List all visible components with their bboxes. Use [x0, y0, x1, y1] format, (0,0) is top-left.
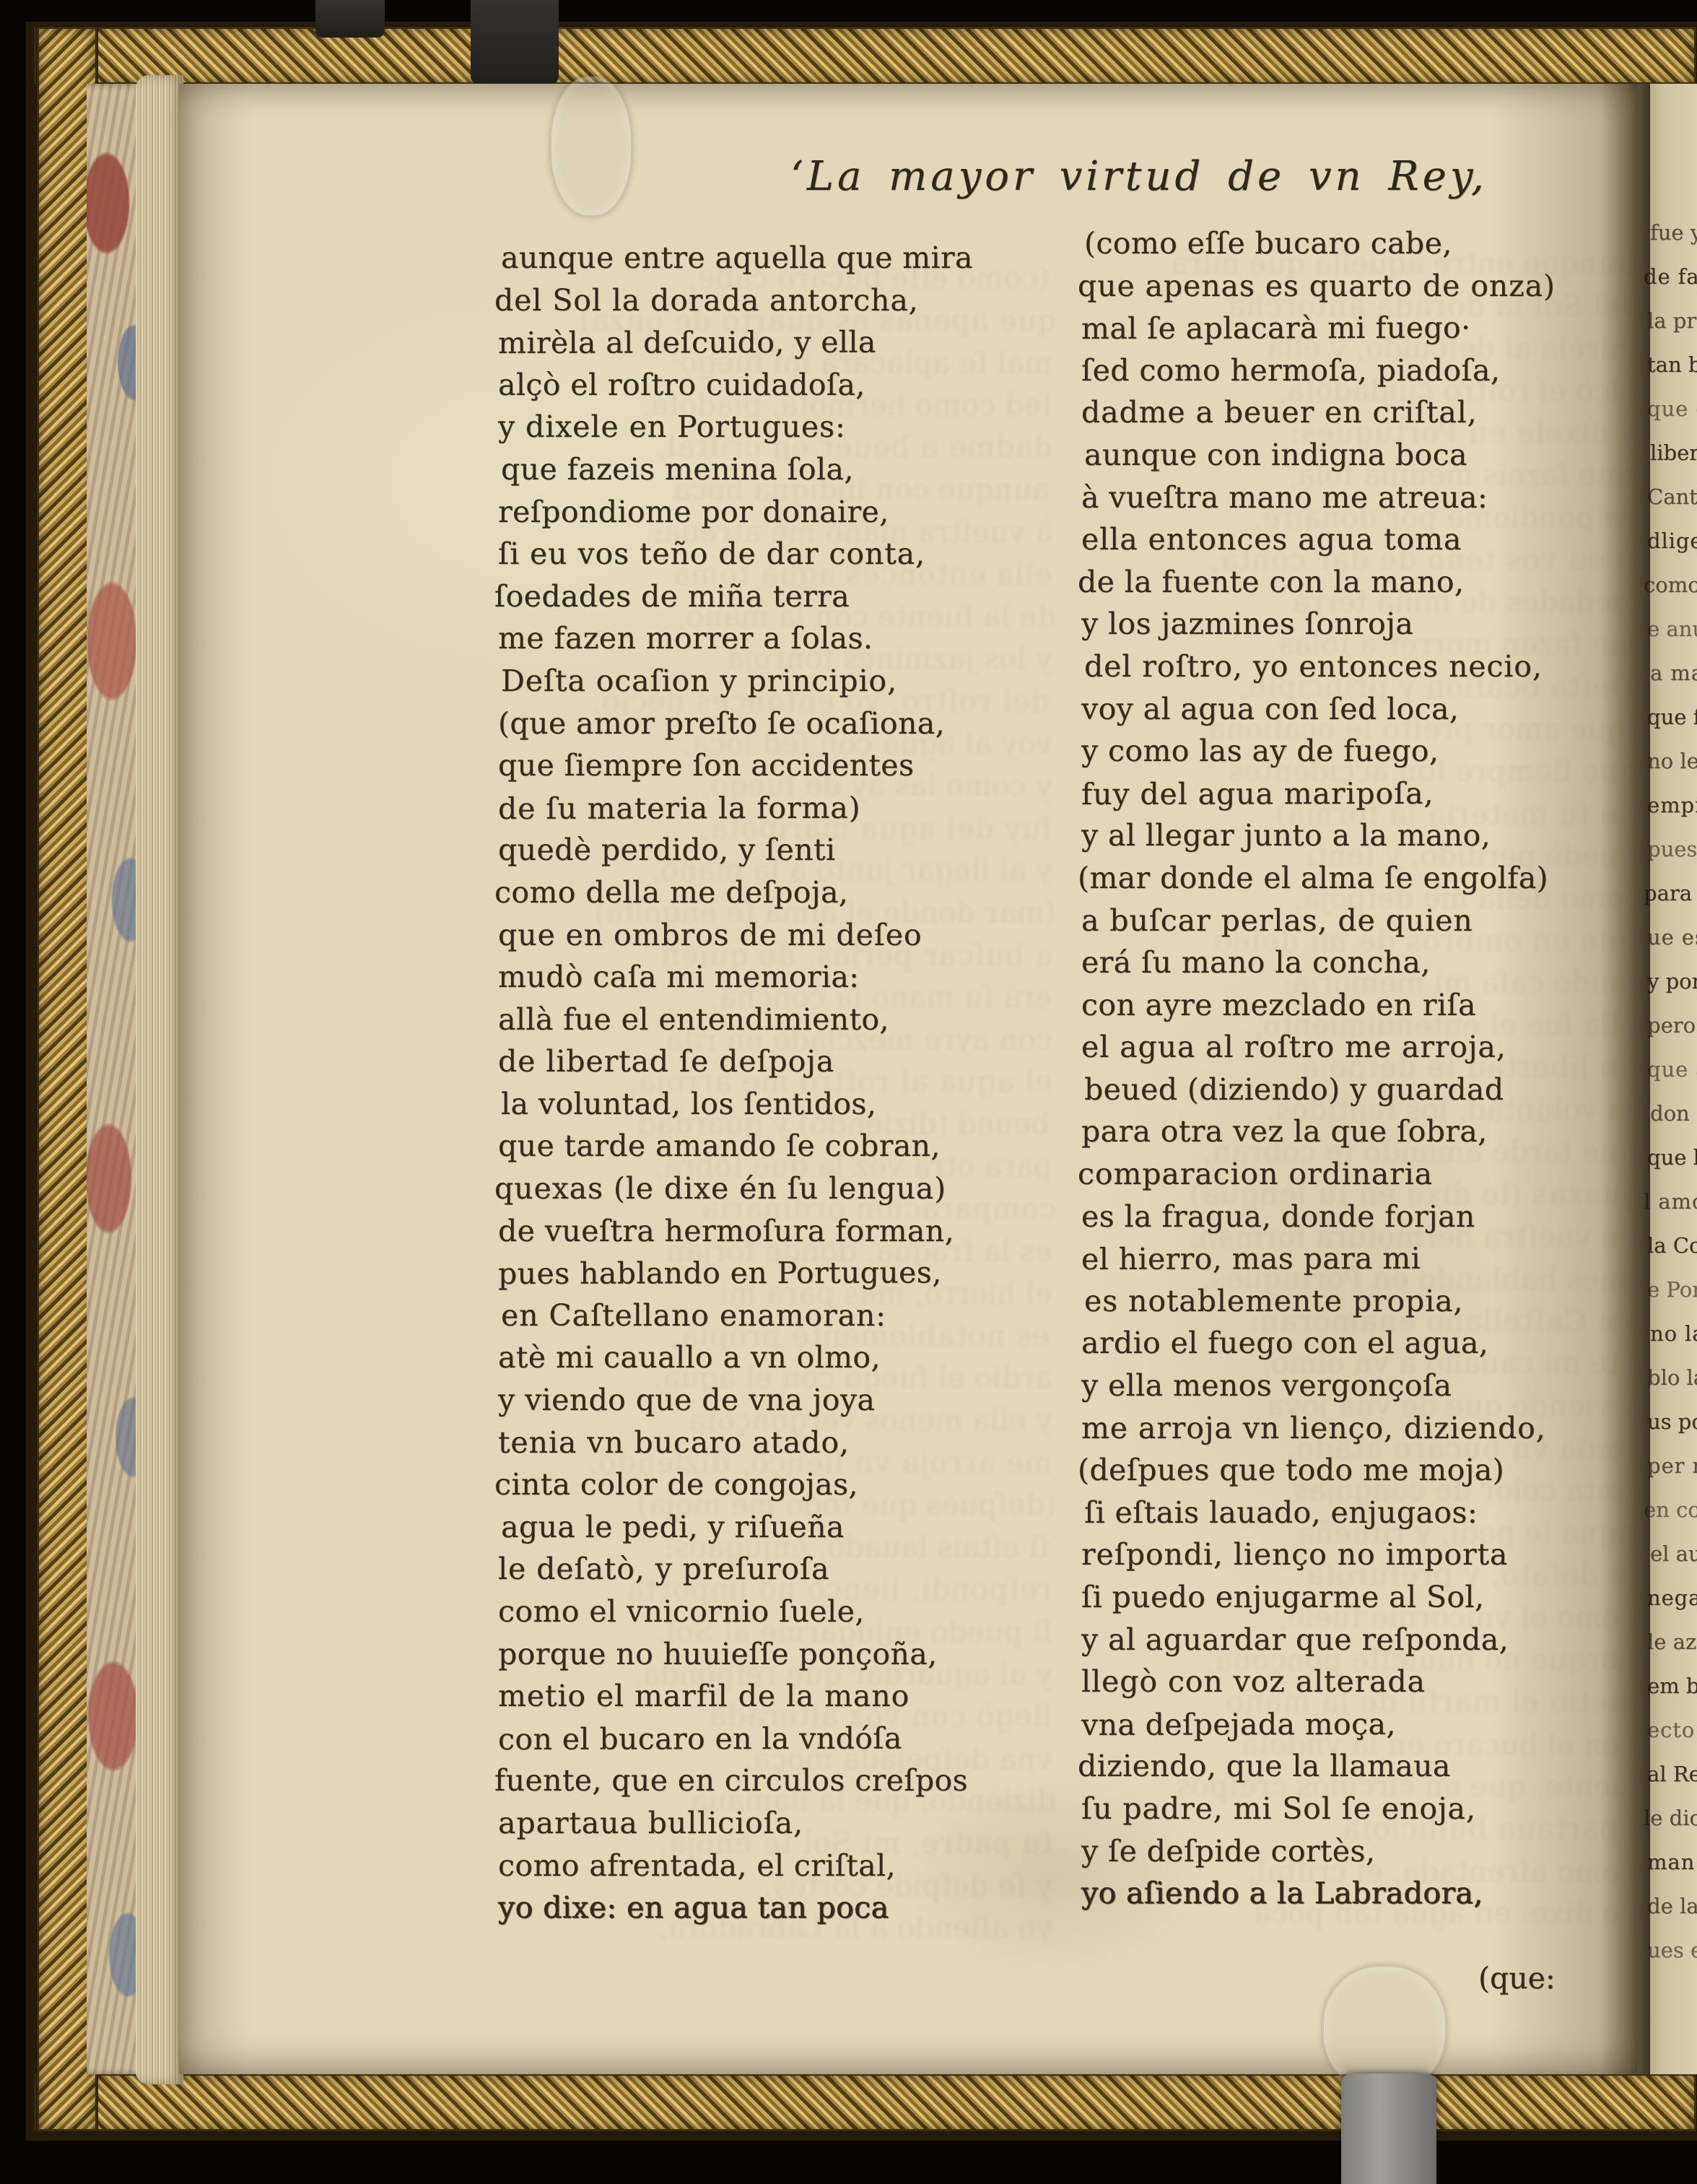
- next-page-line: e Portugal: [1647, 1268, 1697, 1313]
- next-page-line: que bien ſe: [1647, 1136, 1697, 1180]
- next-page-line: ecto no pue: [1647, 1708, 1697, 1752]
- poem-line: que ſiempre ſon accidentes: [498, 744, 1061, 787]
- poem-line: reſpondi, lienço no importa: [1081, 1533, 1637, 1576]
- poem-line: con el bucaro en la vndóſa: [498, 1717, 1061, 1761]
- poem-line: y ella menos vergonçoſa: [1081, 1365, 1637, 1407]
- poem-line: el hierro, mas para mi: [1081, 1237, 1637, 1281]
- next-page-line: e anumerar: [1647, 607, 1697, 651]
- poem-line: la voluntad, los ſentidos,: [501, 1083, 1064, 1126]
- poem-line: para otra vez la que ſobra,: [1081, 1110, 1637, 1153]
- next-page-line: us por haze: [1647, 1400, 1697, 1444]
- gilt-border-top: [33, 26, 1697, 85]
- next-page-line: man tan r: [1647, 1840, 1697, 1884]
- poem-line: que en ombros de mi deſeo: [498, 914, 1061, 957]
- poem-line: y viendo que de vna joya: [498, 1379, 1061, 1422]
- poem-line: ſoedades de miña terra: [494, 575, 1057, 618]
- poem-line: alçò el roſtro cuidadoſa,: [498, 364, 1061, 406]
- next-page-line: liberalment: [1650, 431, 1697, 475]
- poem-line: erá ſu mano la concha,: [1081, 941, 1637, 984]
- book-page: (como eſſe bucaro cabe,que apenas es qua…: [179, 84, 1637, 2074]
- poem-line: como della me deſpoja,: [494, 871, 1057, 914]
- poem-line: me arroja vn lienço, diziendo,: [1081, 1407, 1637, 1450]
- running-title: ‘La mayor virtud de vn Rey,: [790, 153, 1488, 200]
- poem-line: allà fue el entendimiento,: [498, 999, 1061, 1041]
- next-page-line: ue es Mend: [1647, 915, 1697, 960]
- next-page-line: le azar, la: [1647, 1620, 1697, 1664]
- poem-column-left: aunque entre aquella que miradel Sol la …: [498, 237, 1061, 1929]
- poem-line: apartaua bullicioſa,: [498, 1802, 1061, 1845]
- next-page-line: para nobls: [1644, 871, 1697, 915]
- poem-line: que tarde amando ſe cobran,: [498, 1125, 1061, 1167]
- next-page-line: blo la pala: [1647, 1356, 1697, 1400]
- poem-line: de libertad ſe deſpoja: [498, 1040, 1061, 1083]
- poem-line: como afrentada, el criſtal,: [498, 1845, 1061, 1887]
- poem-line: y al llegar junto a la mano,: [1081, 814, 1637, 857]
- next-page-line: fue ya dor: [1650, 211, 1697, 255]
- poem-line: y dixele en Portugues:: [498, 406, 1061, 448]
- next-page-line: ues es que ſo: [1647, 1928, 1697, 1972]
- poem-line: pues hablando en Portugues,: [498, 1251, 1061, 1295]
- poem-line: voy al agua con ſed loca,: [1081, 688, 1637, 731]
- poem-line: que apenas es quarto de onza): [1078, 265, 1633, 308]
- book: (como eſſe bucaro cabe,que apenas es qua…: [26, 22, 1697, 2141]
- strap-clamp-center: [471, 0, 559, 84]
- poem-line: cinta color de congojas,: [494, 1463, 1057, 1506]
- poem-line: (mar donde el alma ſe engolfa): [1078, 857, 1633, 900]
- poem-line: tenia vn bucaro atado,: [498, 1422, 1061, 1464]
- strap-clamp-left: [315, 0, 385, 38]
- poem-line: es notablemente propia,: [1084, 1280, 1637, 1323]
- next-page-line: negalos y: [1647, 1576, 1697, 1620]
- poem-line: agua le pedi, y riſueña: [501, 1506, 1064, 1549]
- poem-line: dadme a beuer en criſtal,: [1081, 391, 1637, 434]
- poem-line: con ayre mezclado en riſa: [1081, 984, 1637, 1027]
- poem-line: atè mi cauallo a vn olmo,: [498, 1336, 1061, 1379]
- next-page-text: fue ya dorde familia nla preguntotan bac…: [1647, 211, 1697, 1972]
- next-page-line: le dicte eſtado: [1644, 1796, 1697, 1840]
- poem-line: (deſpues que todo me moja): [1078, 1449, 1633, 1492]
- next-page-line: em bella S: [1647, 1664, 1697, 1708]
- poem-line: aunque entre aquella que mira: [501, 237, 1064, 279]
- poem-line: mudò caſa mi memoria:: [498, 956, 1061, 999]
- poem-line: comparacion ordinaria: [1078, 1153, 1633, 1196]
- poem-line: (como eſſe bucaro cabe,: [1084, 222, 1637, 265]
- poem-line: fuente, que en circulos creſpos: [494, 1759, 1057, 1802]
- next-page-line: el auorece: [1650, 1532, 1697, 1576]
- poem-line: Deſta ocaſion y principio,: [501, 660, 1064, 702]
- gilt-border-bottom: [33, 2073, 1697, 2132]
- poem-line: y los jazmines ſonroja: [1081, 603, 1637, 645]
- next-page-line: como las pe: [1644, 563, 1697, 607]
- poem-line: ſi eſtais lauado, enjugaos:: [1084, 1492, 1637, 1534]
- poem-line: el agua al roſtro me arroja,: [1081, 1026, 1637, 1069]
- poem-line: de vueſtra hermoſura forman,: [498, 1210, 1061, 1253]
- poem-line: que fazeis menina ſola,: [501, 448, 1064, 491]
- poem-line: vna deſpejada moça,: [1081, 1702, 1637, 1746]
- poem-line: aunque con indigna boca: [1084, 434, 1637, 477]
- poem-line: ſi eu vos teño de dar conta,: [498, 533, 1061, 575]
- next-page-line: pero quiere: [1647, 1004, 1697, 1048]
- bottom-strap: [1341, 2074, 1436, 2184]
- next-page-line: no la acepto: [1650, 1312, 1697, 1356]
- poem-line: y ſe deſpide cortès,: [1081, 1830, 1637, 1873]
- poem-line: yo aſiendo a la Labradora,: [1081, 1872, 1637, 1915]
- next-page-line: pues caſando: [1647, 827, 1697, 871]
- poem-line: llegò con voz alterada: [1081, 1661, 1637, 1703]
- next-page-line: a mar, o à lo: [1650, 651, 1697, 695]
- poem-line: quedè perdido, y ſenti: [498, 829, 1061, 871]
- gutter-shadow: [1600, 84, 1650, 2074]
- poem-line: fuy del agua maripoſa,: [1081, 772, 1637, 816]
- next-page-line: no le fuera a: [1647, 739, 1697, 783]
- poem-line: de la fuente con la mano,: [1078, 561, 1633, 604]
- poem-line: reſpondiome por donaire,: [498, 491, 1061, 534]
- poem-line: porque no huuieſſe ponçoña,: [498, 1633, 1061, 1676]
- poem-line: beued (diziendo) y guardad: [1084, 1069, 1637, 1111]
- page-edges: [136, 75, 183, 2084]
- poem-column-right: (como eſſe bucaro cabe,que apenas es qua…: [1081, 222, 1637, 1915]
- next-page-line: l amor que: [1644, 1180, 1697, 1224]
- poem-line: ardio el fuego con el agua,: [1081, 1322, 1637, 1365]
- poem-line: (que amor preſto ſe ocaſiona,: [498, 702, 1061, 745]
- photo-backdrop: (como eſſe bucaro cabe,que apenas es qua…: [0, 0, 1697, 2184]
- poem-line: a buſcar perlas, de quien: [1081, 900, 1637, 942]
- poem-line: ſu padre, mi Sol ſe enoja,: [1081, 1788, 1637, 1830]
- poem-line: y al aguardar que reſponda,: [1081, 1619, 1637, 1661]
- next-page-line: don Sancho, e: [1650, 1092, 1697, 1136]
- poem-line: y como las ay de fuego,: [1081, 730, 1637, 773]
- next-page-line: que antes que: [1647, 1048, 1697, 1092]
- poem-line: de ſu materia la forma): [498, 786, 1061, 830]
- poem-line: ſed como hermoſa, piadoſa,: [1081, 349, 1637, 392]
- poem-line: me fazen morrer a ſolas.: [498, 617, 1061, 660]
- next-page-line: que de quan: [1647, 387, 1697, 431]
- next-page-line: en contratar: [1644, 1488, 1697, 1532]
- next-page-line: de la de m: [1647, 1884, 1697, 1928]
- next-page-line: que ſu amen: [1647, 695, 1697, 739]
- poem-line: del Sol la dorada antorcha,: [494, 279, 1057, 322]
- poem-line: le deſatò, y preſuroſa: [498, 1548, 1061, 1591]
- poem-line: diziendo, que la llamaua: [1078, 1745, 1633, 1788]
- poem-line: mirèla al deſcuido, y ella: [498, 321, 1061, 365]
- catchword: (que:: [1478, 1961, 1556, 1996]
- poem-line: metio el marfil de la mano: [498, 1675, 1061, 1718]
- poem-line: à vueſtra mano me atreua:: [1081, 477, 1637, 519]
- poem-line: yo dixe: en agua tan poca: [498, 1887, 1061, 1929]
- next-page-line: al Rey la: [1647, 1752, 1697, 1797]
- strap-loop-top: [550, 77, 632, 217]
- next-page-line: la Condela: [1647, 1224, 1697, 1268]
- next-page-line: tan bachille: [1647, 343, 1697, 387]
- next-page-line: de familia n: [1644, 255, 1697, 299]
- next-page-line: la pregunto: [1647, 299, 1697, 344]
- poem-line: ſi puedo enjugarme al Sol,: [1081, 1576, 1637, 1619]
- next-page-line: dligencias a: [1647, 519, 1697, 563]
- poem-line: es la fragua, donde forjan: [1081, 1196, 1637, 1238]
- next-page-line: per mi le he: [1647, 1444, 1697, 1488]
- next-page-line: y por ſu mad: [1647, 960, 1697, 1004]
- poem-line: mal ſe aplacarà mi fuego·: [1081, 306, 1637, 350]
- next-page-line: Cantaros co: [1647, 475, 1697, 519]
- poem-line: del roſtro, yo entonces necio,: [1084, 645, 1637, 688]
- poem-line: ella entonces agua toma: [1081, 518, 1637, 561]
- poem-line: como el vnicornio ſuele,: [498, 1591, 1061, 1633]
- poem-line: en Caſtellano enamoran:: [501, 1295, 1064, 1337]
- next-page-line: empreſa difi: [1647, 783, 1697, 828]
- poem-line: quexas (le dixe én ſu lengua): [494, 1167, 1057, 1210]
